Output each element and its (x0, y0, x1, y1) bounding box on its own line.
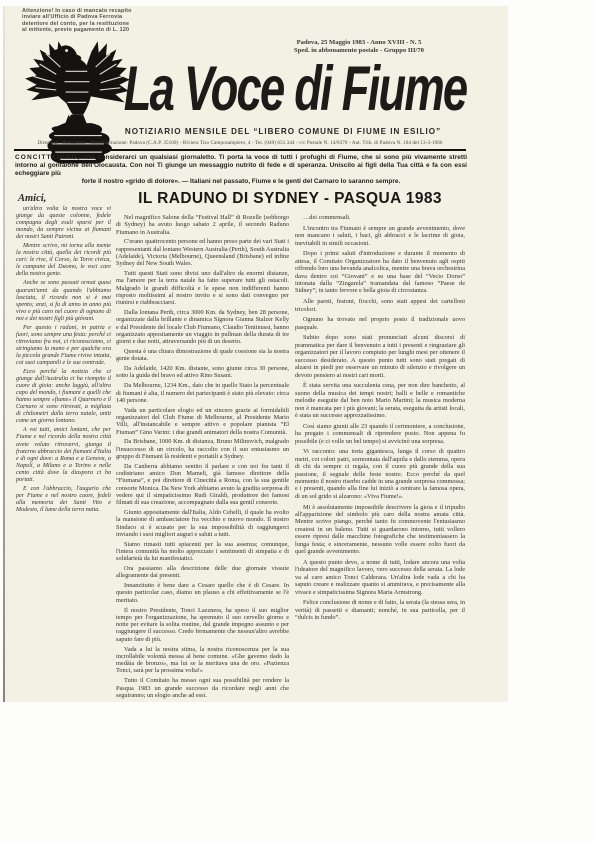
paragraph: E con l'abbraccio, l'augurio che per Fiu… (16, 486, 111, 514)
intro-body-text: non considerarci un qualsiasi giornalett… (15, 154, 467, 177)
paragraph: A questo punto devo, a nome di tutti, lo… (295, 559, 465, 596)
paragraph: Vi racconto: una torta gigantesca, lunga… (295, 448, 465, 500)
paragraph: Anche se sono passati ormai quasi quaran… (16, 280, 111, 322)
paragraph: È stata servita una succulenta cena, per… (295, 382, 465, 419)
paragraph: Mi è assolutamente impossibile descriver… (295, 504, 465, 556)
paragraph: Ecco perché la notizia che ci giunge dal… (16, 369, 111, 425)
paragraph: Vada a lui la nostra stima, la nostra ri… (116, 646, 289, 675)
masthead-title: La Voce di Fiume (124, 58, 447, 121)
paragraph: A voi tutti, amici lontani, che per Fium… (16, 427, 111, 483)
letter-salutation: Amici, (18, 193, 111, 204)
scan-edge-shadow (3, 6, 5, 702)
masthead-address-line: Direzione - Redazione - Amministrazione:… (15, 140, 465, 146)
paragraph: C'erano quattrocento persone ed hanno pr… (116, 238, 289, 267)
dateline: Padova, 25 Maggio 1983 - Anno XVIII - N.… (251, 39, 467, 55)
newspaper-scan-canvas: { "colors": { "paper": "#f3f0e4", "ink":… (0, 0, 595, 842)
intro-lead-word: CONCITTADINO, (15, 154, 80, 161)
paragraph: Tutti questi Stati sono divisi uno dall'… (116, 270, 289, 306)
article-column-2: …dei commensali.L'incontro tra Fiumani è… (295, 214, 465, 625)
paragraph: Il nostro Presidente, Tonci Lazznera, ha… (116, 607, 289, 643)
intro-paragraph: CONCITTADINO, non considerarci un qualsi… (15, 154, 467, 186)
paragraph: Dalla lontana Perth, circa 3000 Km. da S… (116, 309, 289, 345)
paragraph: un'altra volta la nostra voce vi giunge … (16, 206, 111, 241)
paragraph: L'incontro tra Fiumani è sempre un grand… (295, 225, 465, 247)
paragraph: Da Adelaide, 1420 Km. distante, sono giu… (116, 365, 289, 380)
paragraph: Nel magnifico Salone della “Festival Hal… (116, 214, 289, 236)
paragraph: Vada un particolare elogio ed un sincero… (116, 407, 289, 436)
paragraph: Da Brisbane, 1000 Km. di distanza, Bruno… (116, 438, 289, 460)
article-headline: IL RADUNO DI SYDNEY - PASQUA 1983 (113, 190, 467, 208)
paragraph: Innanzitutto è bene dare a Cesare quello… (116, 582, 289, 604)
paragraph: Alle pareti, festoni, fiocchi, sono stat… (295, 298, 465, 313)
paragraph: Subito dopo sono stati pronunciati alcun… (295, 334, 465, 379)
masthead-rule (14, 149, 466, 151)
paragraph: Dopo i primi saluti d'introduzione e dur… (295, 250, 465, 295)
paragraph: Da Melbourne, 1234 Km., dato che in quel… (116, 382, 289, 404)
scanned-newspaper-page: Attenzione! In caso di mancato recapito … (3, 6, 508, 702)
postal-notice: Attenzione! In caso di mancato recapito … (22, 8, 202, 33)
paragraph: …dei commensali. (295, 214, 465, 221)
paragraph: Ora passiamo alla descrizione delle due … (116, 565, 289, 580)
paragraph: Mentre scrivo, mi torna alla mente la no… (16, 243, 111, 278)
paragraph: Così siamo giunti alle 23 quando il ceri… (295, 423, 465, 445)
intro-last-line: forte il nostro «grido di dolore». — Ita… (15, 178, 467, 186)
letter-column: Amici, un'altra volta la nostra voce vi … (16, 193, 111, 516)
paragraph: Ognuno ha trovato nel proprio posto il t… (295, 316, 465, 331)
paragraph: Da Canberra abbiamo sentito il parlare e… (116, 463, 289, 507)
masthead-subtitle: NOTIZIARIO MENSILE DEL “LIBERO COMUNE DI… (63, 127, 503, 136)
paragraph: Giunto appositamente dall'Italia, Aldo C… (116, 509, 289, 538)
article-column-1: Nel magnifico Salone della “Festival Hal… (116, 214, 289, 702)
paragraph: Siamo rimasti tutti spiacenti per la sua… (116, 541, 289, 563)
paragraph: Questa è una chiara dimostrazione di qua… (116, 348, 289, 363)
paragraph: Tutto il Comitato ha messo ogni sua poss… (116, 677, 289, 699)
dateline-issue: Padova, 25 Maggio 1983 - Anno XVIII - N.… (251, 39, 467, 47)
paragraph: Felice conclusione di nome e di fatto, l… (295, 599, 465, 621)
letter-body: un'altra volta la nostra voce vi giunge … (16, 206, 111, 514)
postal-notice-line: al mittente, previo pagamento di L. 120 (22, 27, 202, 33)
paragraph: Per questo i raduni, in patria e fuori, … (16, 325, 111, 367)
